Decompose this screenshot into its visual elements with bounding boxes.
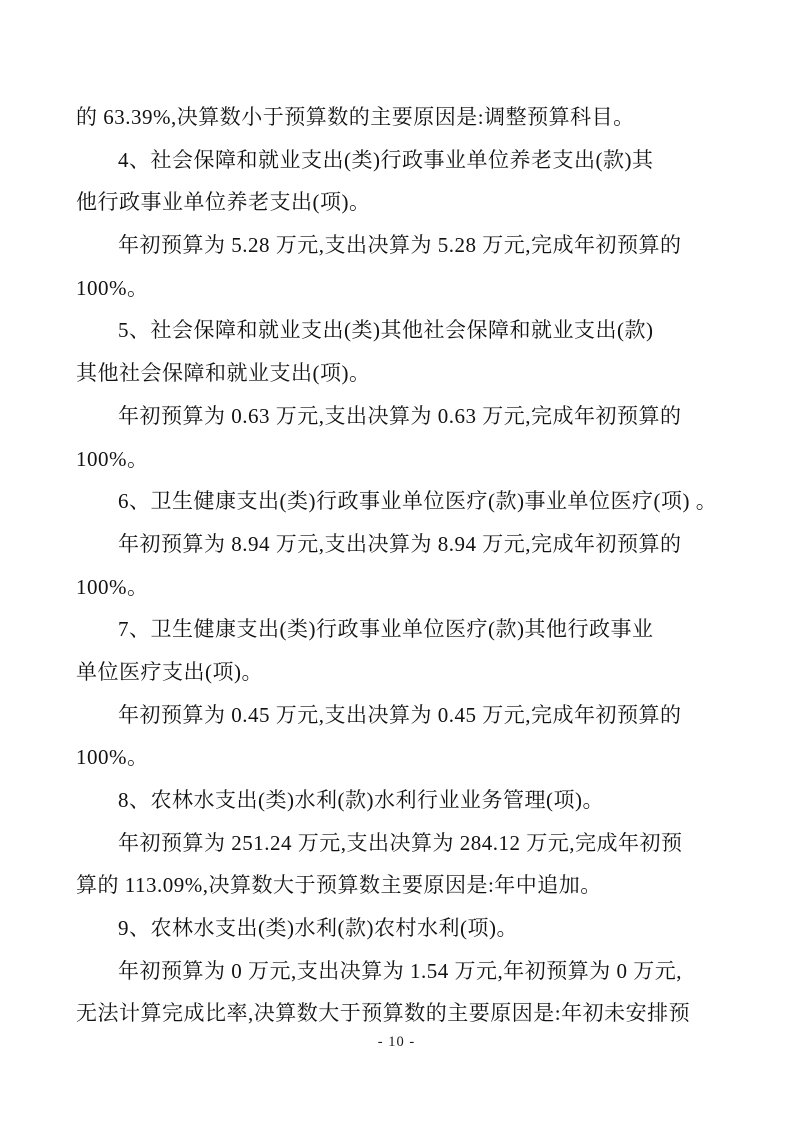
text-line: 单位医疗支出(项)。	[76, 651, 727, 694]
text-line: 的 63.39%,决算数小于预算数的主要原因是:调整预算科目。	[76, 96, 727, 139]
text-line: 9、农林水支出(类)水利(款)农村水利(项)。	[76, 907, 727, 950]
text-line: 其他社会保障和就业支出(项)。	[76, 352, 727, 395]
text-line: 6、卫生健康支出(类)行政事业单位医疗(款)事业单位医疗(项) 。	[76, 480, 727, 523]
text-line: 年初预算为 5.28 万元,支出决算为 5.28 万元,完成年初预算的	[76, 224, 727, 267]
page-number: - 10 -	[0, 1034, 793, 1051]
text-line: 他行政事业单位养老支出(项)。	[76, 181, 727, 224]
text-line: 无法计算完成比率,决算数大于预算数的主要原因是:年初未安排预	[76, 992, 727, 1035]
text-line: 7、卫生健康支出(类)行政事业单位医疗(款)其他行政事业	[76, 608, 727, 651]
text-line: 5、社会保障和就业支出(类)其他社会保障和就业支出(款)	[76, 309, 727, 352]
document-body: 的 63.39%,决算数小于预算数的主要原因是:调整预算科目。4、社会保障和就业…	[76, 96, 727, 1035]
text-line: 100%。	[76, 267, 727, 310]
text-line: 年初预算为 251.24 万元,支出决算为 284.12 万元,完成年初预	[76, 822, 727, 865]
text-line: 年初预算为 0 万元,支出决算为 1.54 万元,年初预算为 0 万元,	[76, 950, 727, 993]
text-line: 4、社会保障和就业支出(类)行政事业单位养老支出(款)其	[76, 139, 727, 182]
text-line: 年初预算为 0.63 万元,支出决算为 0.63 万元,完成年初预算的	[76, 395, 727, 438]
text-line: 100%。	[76, 736, 727, 779]
text-line: 100%。	[76, 566, 727, 609]
text-line: 100%。	[76, 438, 727, 481]
text-line: 年初预算为 8.94 万元,支出决算为 8.94 万元,完成年初预算的	[76, 523, 727, 566]
text-line: 算的 113.09%,决算数大于预算数主要原因是:年中追加。	[76, 864, 727, 907]
text-line: 年初预算为 0.45 万元,支出决算为 0.45 万元,完成年初预算的	[76, 694, 727, 737]
text-line: 8、农林水支出(类)水利(款)水利行业业务管理(项)。	[76, 779, 727, 822]
document-page: 的 63.39%,决算数小于预算数的主要原因是:调整预算科目。4、社会保障和就业…	[0, 0, 793, 1122]
